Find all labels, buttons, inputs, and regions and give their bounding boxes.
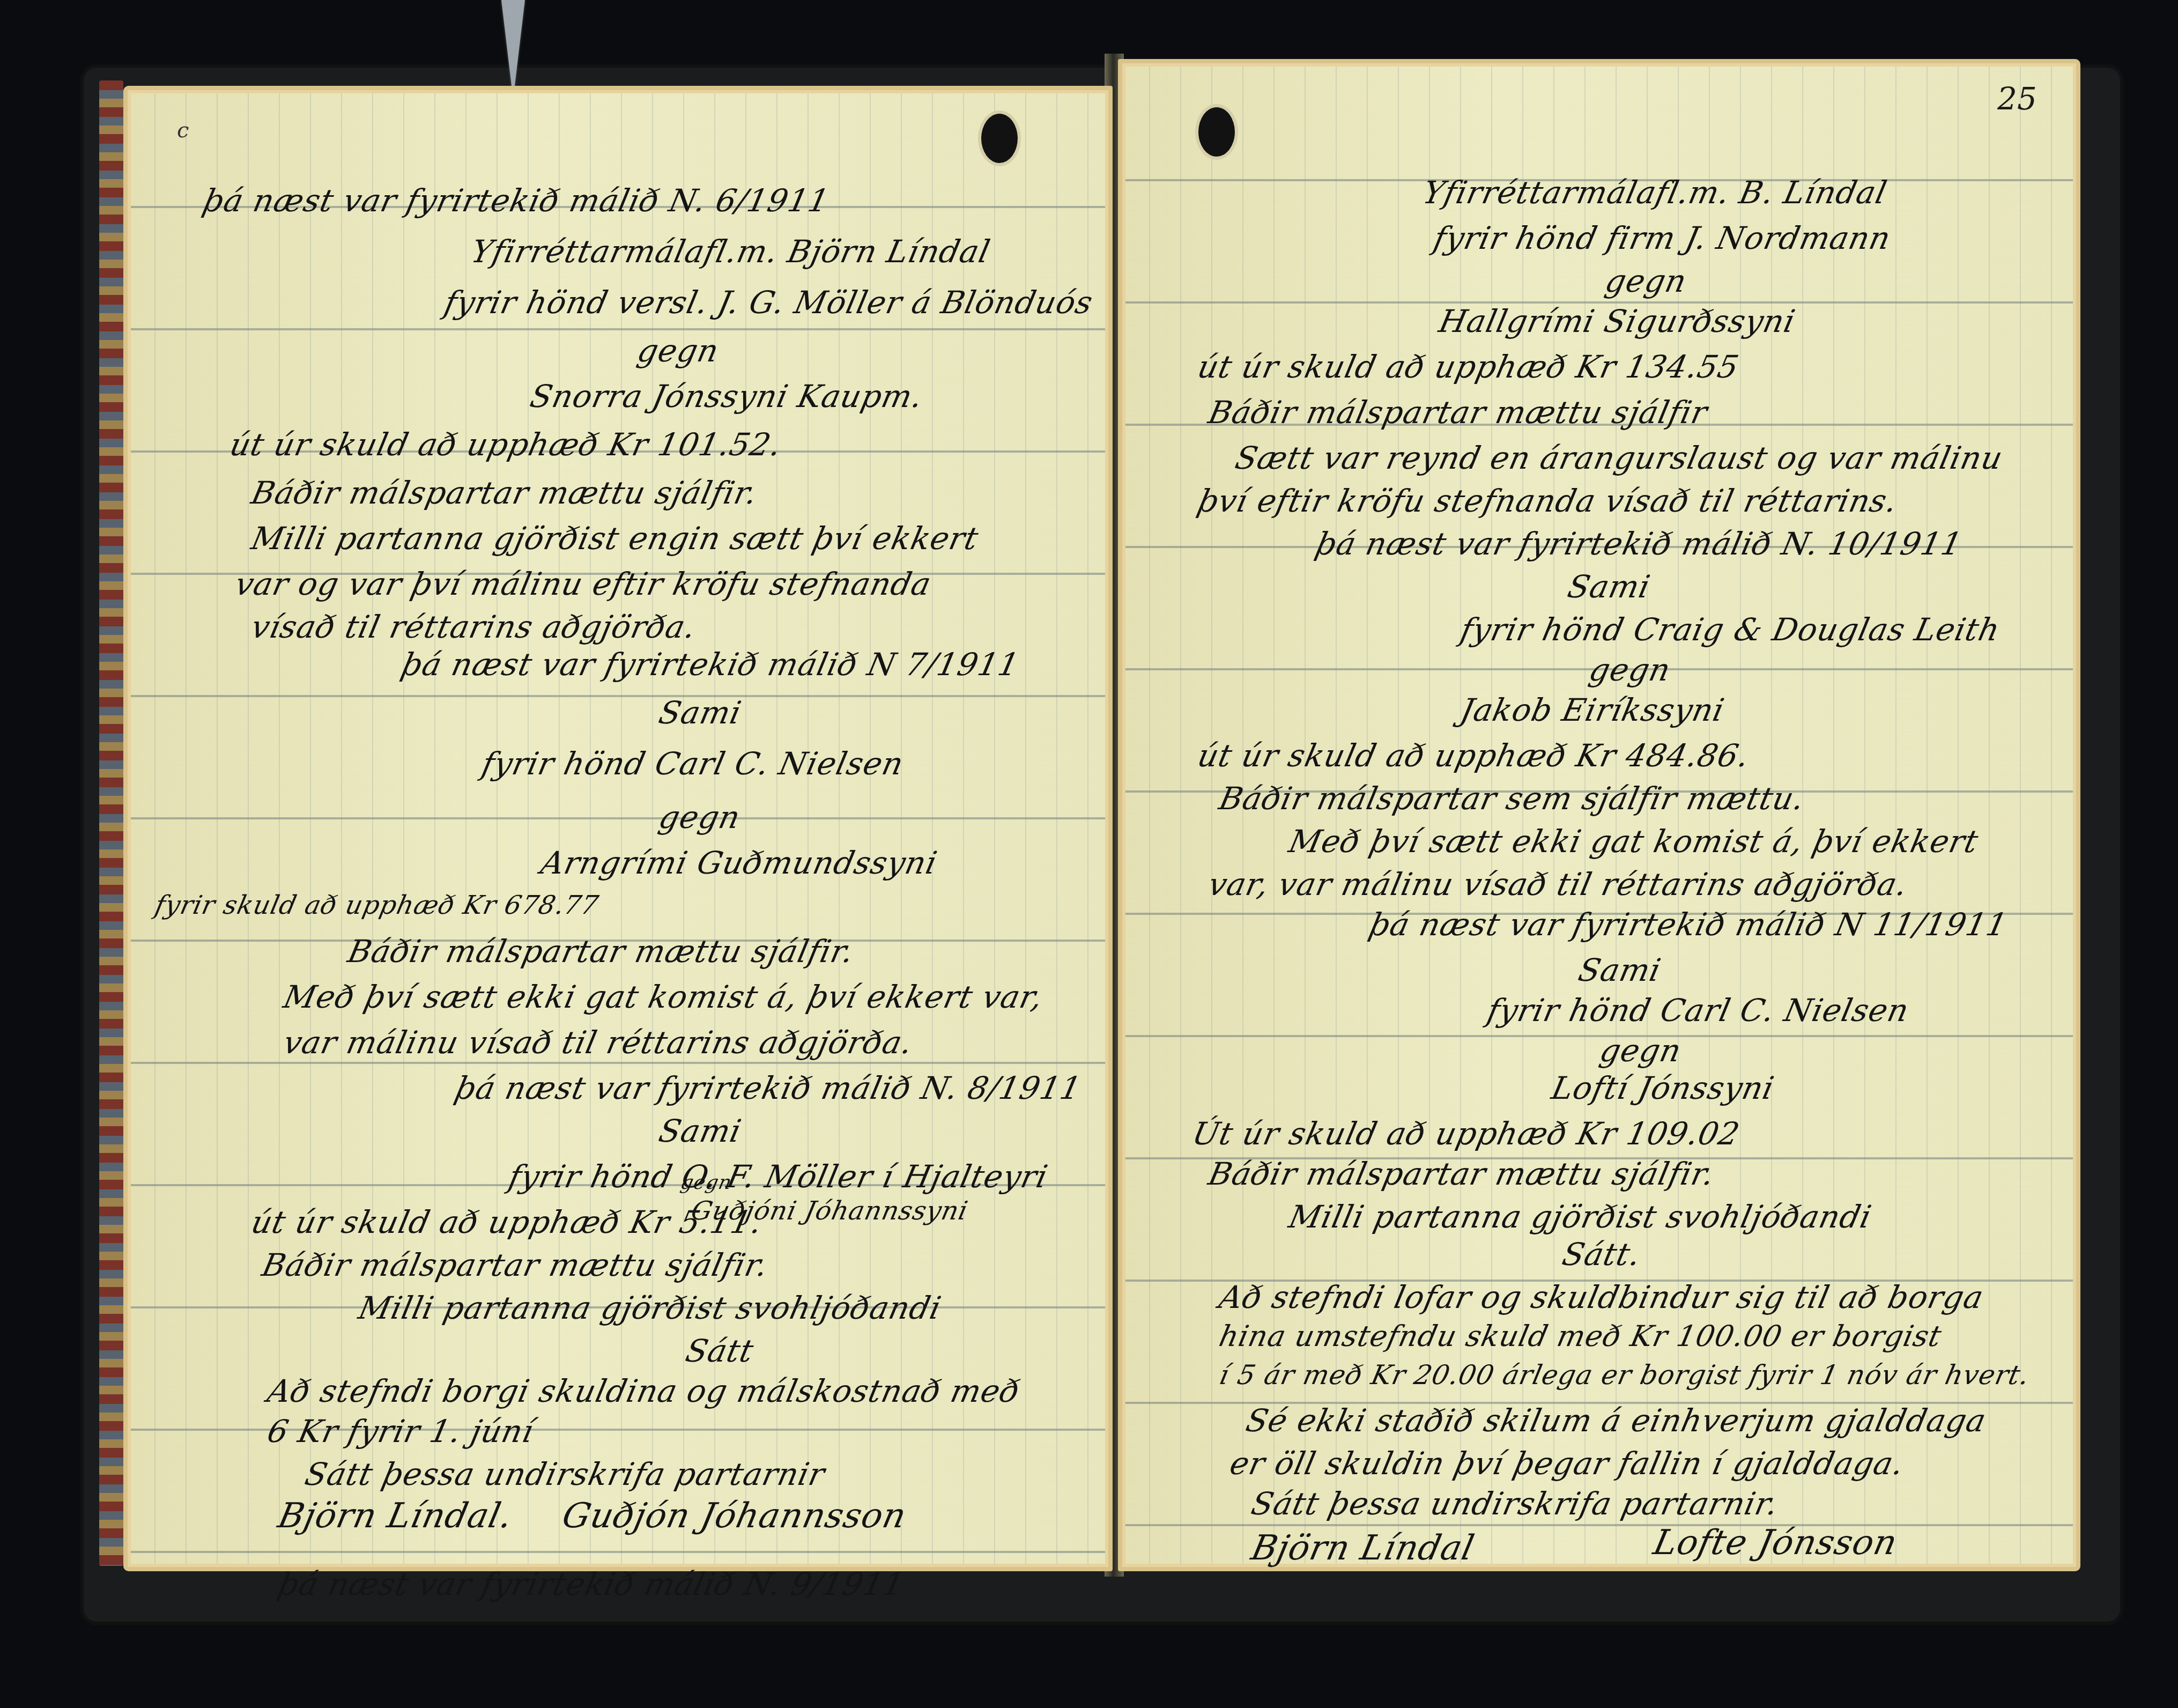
text-line: hina umstefndu skuld með Kr 100.00 er bo… [1216,1319,1945,1353]
text-line: í 5 ár með Kr 20.00 árlega er borgist fy… [1217,1359,2033,1391]
signature-bjorn-lindal: Björn Líndal. [275,1496,516,1536]
text-line: Að stefndi borgi skuldina og málskostnað… [264,1373,1024,1409]
text-line: Sátt þessa undirskrifa partarnir [302,1456,828,1492]
plaintiff-line: fyrir hönd versl. J. G. Möller á Blönduó… [441,284,1097,321]
page-number: 25 [1997,80,2037,117]
appearance-line: Báðir málspartar mættu sjálfir [1205,394,1711,431]
plaintiff-line: fyrir hönd firm J. Nordmann [1431,220,1894,256]
versus-line: gegn [656,799,744,835]
text-line: er öll skuldin því þegar fallin í gjaldd… [1227,1445,1908,1482]
text-line: Sé ekki staðið skilum á einhverjum gjald… [1243,1402,1990,1439]
versus-line: gegn [1602,263,1690,299]
right-page: 25 Yfirréttarmálafl.m. B. Líndal fyrir h… [1118,59,2080,1571]
claim-line: út úr skuld að upphæð Kr 5.11. [248,1204,766,1240]
text-line: vísað til réttarins aðgjörða. [248,609,700,645]
text-line: því eftir kröfu stefnanda vísað til rétt… [1195,483,1901,519]
defendant-line: Jakob Eiríkssyni [1457,692,1728,728]
versus-line: gegn [634,332,722,369]
settlement-heading: Sátt [683,1333,757,1369]
claim-line: Út úr skuld að upphæð Kr 109.02 [1189,1115,1743,1152]
defendant-line: Arngrími Guðmundssyni [538,845,940,881]
case-heading: þá næst var fyrirtekið málið N 11/1911 [1366,906,2011,943]
appearance-line: Báðir málspartar sem sjálfir mættu. [1216,780,1808,817]
attorney-line: Yfirréttarmálafl.m. B. Líndal [1420,174,1891,211]
appearance-line: Báðir málspartar mættu sjálfir. [259,1247,772,1283]
claim-line: út úr skuld að upphæð Kr 101.52. [227,426,785,463]
left-page: c þá næst var fyrirtekið málið N. 6/1911… [123,86,1113,1571]
versus-line: gegn [679,1172,734,1194]
claim-line: fyrir skuld að upphæð Kr 678.77 [152,890,602,920]
text-line: Milli partanna gjörðist engin sætt því e… [248,520,982,557]
claim-line: út úr skuld að upphæð Kr 484.86. [1195,737,1753,774]
plaintiff-line: fyrir hönd O. F. Möller í Hjalteyri [506,1158,1051,1195]
versus-line: gegn [1597,1032,1685,1069]
plaintiff-line: fyrir hönd Carl C. Nielsen [479,745,907,782]
text-line: Sátt þessa undirskrifa partarnir. [1248,1485,1782,1522]
settlement-heading: Sátt. [1559,1236,1644,1273]
text-line: 6 Kr fyrir 1. júní [264,1413,537,1450]
claim-line: út úr skuld að upphæð Kr 134.55 [1195,349,1743,385]
versus-line: gegn [1586,652,1674,688]
appearance-line: Báðir málspartar mættu sjálfir. [248,475,761,511]
marbled-page-edges [99,80,123,1566]
signature-gudjon-johannsson: Guðjón Jóhannsson [559,1496,910,1536]
text-line: var og var því málinu eftir kröfu stefna… [232,566,935,602]
attorney-line: Sami [1565,568,1654,605]
plaintiff-line: fyrir hönd Carl C. Nielsen [1484,992,1913,1029]
attorney-line: Yfirréttarmálafl.m. Björn Líndal [468,233,994,270]
attorney-line: Sami [1575,952,1664,988]
text-line: Með því sætt ekki gat komist á, því ekke… [280,979,1047,1015]
case-heading: þá næst var fyrirtekið málið N. 6/1911 [200,182,833,219]
case-heading: þá næst var fyrirtekið málið N 7/1911 [398,646,1023,683]
text-line: Með því sætt ekki gat komist á, því ekke… [1286,823,1982,860]
defendant-line: Snorra Jónssyni Kaupm. [527,378,927,415]
punch-hole-icon [1198,107,1235,157]
appearance-line: Báðir málspartar mættu sjálfir. [1205,1156,1718,1192]
signature-bjorn-lindal: Björn Líndal [1248,1528,1478,1568]
text-line: Milli partanna gjörðist svohljóðandi [355,1290,945,1326]
text-line: Milli partanna gjörðist svohljóðandi [1286,1199,1875,1235]
text-line: var, var málinu vísað til réttarins aðgj… [1205,866,1911,903]
defendant-line: Hallgrími Sigurðssyni [1436,303,1799,339]
appearance-line: Báðir málspartar mættu sjálfir. [345,933,857,970]
text-line: var málinu vísað til réttarins aðgjörða. [280,1024,916,1061]
attorney-line: Sami [656,694,745,731]
case-heading: þá næst var fyrirtekið málið N. 10/1911 [1313,526,1966,562]
plaintiff-line: fyrir hönd Craig & Douglas Leith [1457,611,2003,648]
punch-hole-icon [981,114,1018,163]
text-line: Sætt var reynd en árangurslaust og var m… [1232,440,2006,476]
attorney-line: Sami [656,1113,745,1149]
letter-opener-blade-icon [501,0,525,99]
signature-lofte-jonsson: Lofte Jónsson [1650,1523,1901,1563]
text-line: Að stefndi lofar og skuldbindur sig til … [1216,1279,1987,1315]
margin-mark: c [177,118,189,143]
case-heading: þá næst var fyrirtekið málið N. 9/1911 [275,1566,908,1602]
case-heading: þá næst var fyrirtekið málið N. 8/1911 [452,1070,1085,1106]
defendant-line: Loftí Jónssyni [1549,1070,1777,1106]
